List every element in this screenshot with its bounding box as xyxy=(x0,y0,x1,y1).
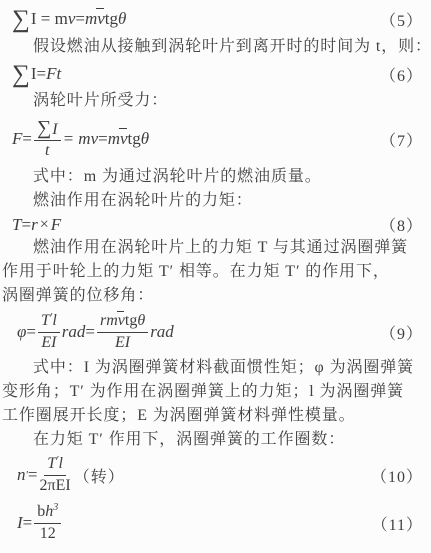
eq9-num2-tg: tg xyxy=(125,312,137,329)
text-line: 工作圈展开长度；E 为涡圈弹簧材料弹性模量。 xyxy=(0,404,431,428)
eq9-var-phi: φ xyxy=(17,322,26,342)
text-line: 式中：m 为通过涡轮叶片的燃油质量。 xyxy=(0,165,431,189)
eq10-den: 2πEI xyxy=(40,476,71,495)
eq8-var-F: F xyxy=(51,215,61,235)
eq9-num2-theta: θ xyxy=(137,312,145,329)
eq10-fraction: T′l2πEI xyxy=(40,455,71,495)
text-line: 燃油作用在涡轮叶片的力矩： xyxy=(0,189,431,213)
eq7-den-t: t xyxy=(45,141,49,160)
equation-10: n′ = T′l2πEI（转） （10） xyxy=(0,452,431,498)
paper-page: ∑I = mv = mvtgθ （5） 假设燃油从接触到涡轮叶片到离开时的时间为… xyxy=(0,0,431,553)
eq5-var-m: m xyxy=(85,9,97,29)
eq7-equals2: = m xyxy=(63,129,91,149)
equation-number-10: （10） xyxy=(371,464,423,487)
equation-number-7: （7） xyxy=(380,128,423,151)
eq9-fraction2: rmvtgθEI xyxy=(97,312,148,352)
eq5-term: I = m xyxy=(31,9,68,29)
text-line: 假设燃油从接触到涡轮叶片到离开时的时间为 t，则： xyxy=(0,35,431,59)
eq6-term: I= xyxy=(31,64,46,84)
sigma-symbol: ∑ xyxy=(12,7,30,32)
eq9-num1-l: l xyxy=(52,312,56,329)
equation-7: F = ∑It = mv = mvtgθ （7） xyxy=(0,113,431,165)
equation-number-9: （9） xyxy=(380,321,423,344)
eq7-var-m: m xyxy=(108,129,120,149)
eq7-fraction: ∑It xyxy=(34,118,61,161)
eq8-equals: = xyxy=(21,215,31,235)
text-line: 变形角；T′ 为作用在涡圈弹簧上的力矩；l 为涡圈弹簧 xyxy=(0,380,431,404)
text-line: 涡轮叶片所受力： xyxy=(0,89,431,113)
eq7-var-vbar: v xyxy=(120,129,128,149)
multiply-sign: × xyxy=(38,216,51,234)
eq11-fraction: bh312 xyxy=(34,503,61,543)
eq7-var-F: F xyxy=(12,129,22,149)
eq9-rad1: rad xyxy=(62,322,86,342)
eq7-tg: tg xyxy=(128,129,141,149)
eq10-num-T: T xyxy=(47,455,56,472)
eq9-fraction1: T′lEI xyxy=(38,312,60,352)
eq9-equals1: = xyxy=(26,322,36,342)
equation-5: ∑I = mv = mvtgθ （5） xyxy=(0,3,431,35)
eq7-num-I: I xyxy=(52,121,57,138)
equation-11: I = bh312 （11） xyxy=(0,498,431,548)
equation-number-8: （8） xyxy=(380,213,423,236)
eq10-num-l: l xyxy=(59,455,63,472)
eq7-var-v: v xyxy=(91,129,99,149)
eq5-var-vbar: v xyxy=(97,9,105,29)
text-line: 燃油作用在涡轮叶片上的力矩 T 与其通过涡圈弹簧 xyxy=(0,236,431,260)
text-line: 作用于叶轮上的力矩 T′ 相等。在力矩 T′ 的作用下， xyxy=(0,260,431,284)
eq6-var-ft: Ft xyxy=(46,64,61,84)
eq9-num1-T: T xyxy=(41,312,50,329)
eq9-num2-rm: rm xyxy=(100,312,118,329)
equation-8: T=r×F （8） xyxy=(0,213,431,236)
eq9-num2-vbar: v xyxy=(118,312,125,329)
eq5-var-v: v xyxy=(68,9,76,29)
eq7-equals1: = xyxy=(22,129,32,149)
equation-number-6: （6） xyxy=(380,63,423,86)
eq8-var-r: r xyxy=(31,215,38,235)
equation-number-11: （11） xyxy=(372,512,423,535)
eq9-rad2: rad xyxy=(150,322,174,342)
equation-9: φ = T′lEIrad = rmvtgθEIrad （9） xyxy=(0,308,431,356)
exponent-3: 3 xyxy=(53,502,58,513)
eq9-den1-EI: EI xyxy=(41,333,56,352)
eq9-equals2: = xyxy=(85,322,95,342)
text-line: 式中：I 为涡圈弹簧材料截面惯性矩；φ 为涡圈弹簧 xyxy=(0,356,431,380)
eq11-den: 12 xyxy=(40,524,56,543)
eq7-theta: θ xyxy=(141,129,149,149)
eq8-var-T: T xyxy=(12,215,21,235)
eq9-den2-EI: EI xyxy=(115,333,130,352)
eq10-var-n: n xyxy=(17,465,26,485)
text-line: 在力矩 T′ 作用下，涡圈弹簧的工作圈数： xyxy=(0,428,431,452)
sigma-symbol: ∑ xyxy=(37,117,51,139)
equation-number-5: （5） xyxy=(380,8,423,31)
text-line: 涡圈弹簧的位移角： xyxy=(0,284,431,308)
eq5-equals: = xyxy=(75,9,85,29)
eq5-tg: tg xyxy=(105,9,118,29)
sigma-symbol: ∑ xyxy=(12,62,30,87)
eq7-equals3: = xyxy=(98,129,108,149)
equation-6: ∑I=Ft （6） xyxy=(0,59,431,89)
eq11-equals: = xyxy=(23,513,33,533)
eq5-theta: θ xyxy=(118,9,126,29)
eq10-equals: = xyxy=(28,465,38,485)
eq10-unit-zhuan: （转） xyxy=(74,464,125,487)
